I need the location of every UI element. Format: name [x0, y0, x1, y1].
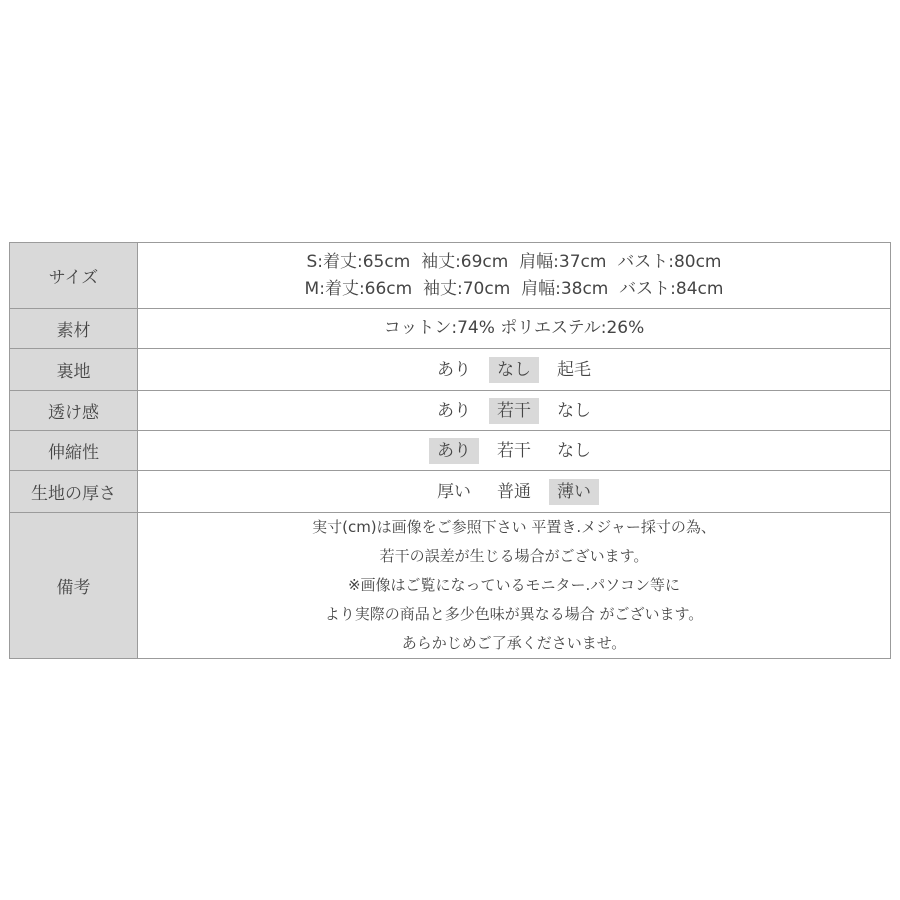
- option-lining-1-selected: なし: [489, 357, 539, 383]
- spec-row-notes: 備考実寸(cm)は画像をご参照下さい 平置き.メジャー採寸の為、 若干の誤差が生…: [10, 513, 891, 659]
- option-fabric-thickness-0: 厚い: [429, 479, 479, 505]
- row-label-stretch: 伸縮性: [10, 431, 138, 471]
- row-label-material: 素材: [10, 309, 138, 349]
- row-value-lining: ありなし起毛: [138, 349, 891, 391]
- spec-row-fabric-thickness: 生地の厚さ厚い普通薄い: [10, 471, 891, 513]
- spec-table-body: サイズS:着丈:65cm 袖丈:69cm 肩幅:37cm バスト:80cm M:…: [10, 243, 891, 659]
- option-group-lining: ありなし起毛: [138, 357, 890, 383]
- row-value-sheerness: あり若干なし: [138, 391, 891, 431]
- row-label-fabric-thickness: 生地の厚さ: [10, 471, 138, 513]
- spec-row-stretch: 伸縮性あり若干なし: [10, 431, 891, 471]
- value-text-material: コットン:74% ポリエステル:26%: [138, 315, 890, 342]
- row-value-fabric-thickness: 厚い普通薄い: [138, 471, 891, 513]
- option-group-sheerness: あり若干なし: [138, 398, 890, 424]
- notes-text: 実寸(cm)は画像をご参照下さい 平置き.メジャー採寸の為、 若干の誤差が生じる…: [138, 513, 890, 658]
- spec-row-lining: 裏地ありなし起毛: [10, 349, 891, 391]
- option-sheerness-1-selected: 若干: [489, 398, 539, 424]
- row-label-lining: 裏地: [10, 349, 138, 391]
- option-group-stretch: あり若干なし: [138, 438, 890, 464]
- value-text-size: S:着丈:65cm 袖丈:69cm 肩幅:37cm バスト:80cm M:着丈:…: [138, 249, 890, 303]
- option-fabric-thickness-1: 普通: [489, 479, 539, 505]
- option-sheerness-2: なし: [549, 398, 599, 424]
- option-group-fabric-thickness: 厚い普通薄い: [138, 479, 890, 505]
- row-label-notes: 備考: [10, 513, 138, 659]
- row-value-stretch: あり若干なし: [138, 431, 891, 471]
- row-value-notes: 実寸(cm)は画像をご参照下さい 平置き.メジャー採寸の為、 若干の誤差が生じる…: [138, 513, 891, 659]
- spec-row-sheerness: 透け感あり若干なし: [10, 391, 891, 431]
- spec-row-size: サイズS:着丈:65cm 袖丈:69cm 肩幅:37cm バスト:80cm M:…: [10, 243, 891, 309]
- option-stretch-1: 若干: [489, 438, 539, 464]
- option-stretch-2: なし: [549, 438, 599, 464]
- row-value-size: S:着丈:65cm 袖丈:69cm 肩幅:37cm バスト:80cm M:着丈:…: [138, 243, 891, 309]
- spec-table: サイズS:着丈:65cm 袖丈:69cm 肩幅:37cm バスト:80cm M:…: [9, 242, 891, 659]
- option-stretch-0-selected: あり: [429, 438, 479, 464]
- option-fabric-thickness-2-selected: 薄い: [549, 479, 599, 505]
- option-lining-0: あり: [429, 357, 479, 383]
- product-spec-page: サイズS:着丈:65cm 袖丈:69cm 肩幅:37cm バスト:80cm M:…: [0, 0, 900, 900]
- row-value-material: コットン:74% ポリエステル:26%: [138, 309, 891, 349]
- row-label-sheerness: 透け感: [10, 391, 138, 431]
- spec-row-material: 素材コットン:74% ポリエステル:26%: [10, 309, 891, 349]
- option-lining-2: 起毛: [549, 357, 599, 383]
- row-label-size: サイズ: [10, 243, 138, 309]
- option-sheerness-0: あり: [429, 398, 479, 424]
